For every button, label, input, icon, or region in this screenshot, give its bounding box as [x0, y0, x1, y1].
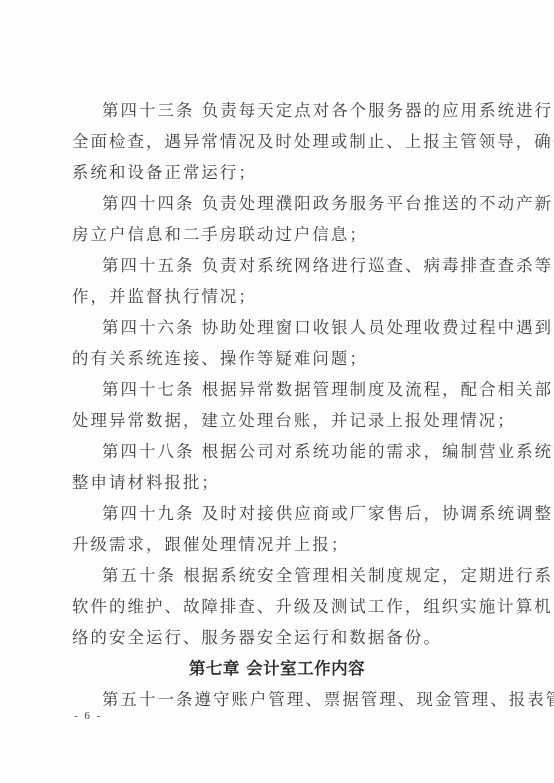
page-number: - 6 - [74, 710, 102, 722]
paragraph-line: 整申请材料报批； [72, 472, 482, 494]
paragraph-line: 系统和设备正常运行； [72, 162, 482, 184]
paragraph-line: 处理异常数据，建立处理台账，并记录上报处理情况； [72, 410, 482, 432]
paragraph-line: 升级需求，跟催处理情况并上报； [72, 534, 482, 556]
paragraph-line: 第四十四条 负责处理濮阳政务服务平台推送的不动产新 [102, 193, 512, 215]
paragraph-line: 房立户信息和二手房联动过户信息； [72, 224, 482, 246]
paragraph-line: 第四十三条 负责每天定点对各个服务器的应用系统进行 [102, 100, 512, 122]
paragraph-line: 第五十条 根据系统安全管理相关制度规定，定期进行系统 [102, 565, 512, 587]
paragraph-line: 第四十八条 根据公司对系统功能的需求，编制营业系统调 [102, 441, 512, 463]
paragraph-line: 络的安全运行、服务器安全运行和数据备份。 [72, 627, 482, 649]
paragraph-line: 第四十九条 及时对接供应商或厂家售后，协调系统调整或 [102, 503, 512, 525]
paragraph-line: 作，并监督执行情况； [72, 286, 482, 308]
chapter-heading: 第七章 会计室工作内容 [0, 658, 554, 680]
paragraph-line: 全面检查，遇异常情况及时处理或制止、上报主管领导，确保 [72, 131, 482, 153]
paragraph-line: 第四十五条 负责对系统网络进行巡查、病毒排查查杀等工 [102, 255, 512, 277]
paragraph-line: 第四十六条 协助处理窗口收银人员处理收费过程中遇到 [102, 317, 512, 339]
paragraph-line: 第五十一条遵守账户管理、票据管理、现金管理、报表管 [102, 689, 512, 711]
paragraph-line: 软件的维护、故障排查、升级及测试工作，组织实施计算机网 [72, 596, 482, 618]
document-page: 第四十三条 负责每天定点对各个服务器的应用系统进行全面检查，遇异常情况及时处理或… [0, 0, 554, 783]
paragraph-line: 第四十七条 根据异常数据管理制度及流程，配合相关部门 [102, 379, 512, 401]
paragraph-line: 的有关系统连接、操作等疑难问题； [72, 348, 482, 370]
